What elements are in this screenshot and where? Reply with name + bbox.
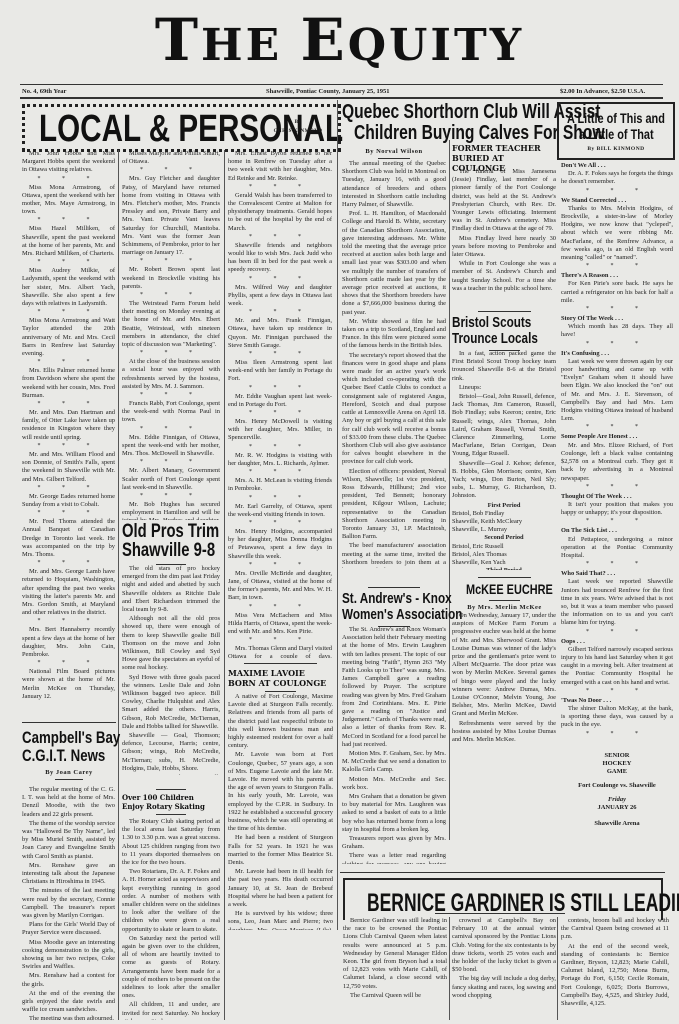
euchre-title: McKEE EUCHRE — [466, 581, 537, 597]
separator-stars: * * * — [561, 306, 673, 313]
bristol-body: In a fast, action packed game the First … — [452, 350, 556, 570]
knox-title-line1: St. Andrew's - Knox — [342, 591, 423, 607]
paragraph: Mr. R. W. Hodgins is visiting with her d… — [228, 452, 332, 468]
paragraph: Mrs. Henry McDowell is visiting with her… — [228, 418, 332, 443]
separator-stars: * * * — [228, 234, 332, 241]
paragraph: Misses Marjorie and Phillis Smart, of Ot… — [122, 150, 220, 166]
paragraph: The St. Andrew's and Knox Woman's Associ… — [342, 626, 446, 749]
subscription-price: $2.00 In Advance, $2.50 U.S.A. — [560, 88, 645, 95]
separator-stars: * * * — [122, 258, 220, 265]
item-text: Ed Pettapiece, undergoing a minor operat… — [561, 536, 673, 561]
bristol-title-line2: Trounce Locals — [452, 331, 534, 347]
ad-line-hockey: HOCKEY — [561, 760, 673, 768]
paragraph: Mrs. Wilfred Way and daughter Phyllis, s… — [228, 284, 332, 309]
paragraph: Miss Ileen Armstrong spent last week-end… — [228, 359, 332, 384]
lavoie-body: A native of Fort Coulonge, Maxime Lavoie… — [228, 693, 333, 930]
separator-stars: * * * — [561, 263, 673, 270]
paragraph: The beef manufacturers' association meet… — [342, 542, 446, 568]
paragraph: In a fast, action packed game the First … — [452, 350, 556, 383]
paragraph: Mr. Earl Garrelty, of Ottawa, spent the … — [228, 503, 332, 519]
paragraph: Mr. Albert Manary, Government Scaler nor… — [122, 467, 220, 492]
paragraph: The secretary's report showed that the f… — [342, 352, 446, 467]
paragraph: Although not all the old pros showed up,… — [122, 615, 220, 672]
ad-date: JANUARY 26 — [561, 804, 673, 812]
paragraph: Shawville friends and neighbors would li… — [228, 242, 332, 275]
separator-stars: * * * — [561, 731, 673, 738]
separator-stars: * * * — [228, 184, 332, 191]
section-rule — [156, 789, 185, 790]
separator-stars: * * * — [228, 444, 332, 451]
section-rule — [478, 577, 531, 578]
local-personal-column-2: Misses Marjorie and Phillis Smart, of Ot… — [122, 150, 220, 520]
cgit-article: Campbell's Bay C.G.I.T. News By Joan Car… — [22, 722, 116, 783]
separator-stars: * * * — [22, 660, 115, 667]
newspaper-page: THE EQUITY No. 4, 69th Year Shawville, P… — [0, 0, 679, 1024]
lavoie-title-line2: BORN AT COULONGE — [228, 678, 333, 688]
paragraph: Mrs. Orville McBride and daughter, Jane,… — [228, 570, 332, 603]
separator-stars: * * * — [228, 351, 332, 358]
euchre-body: On Wednesday, January 17, under the ausp… — [452, 612, 556, 838]
masthead-letter-e: E — [300, 6, 347, 74]
section-rule — [340, 872, 665, 873]
paragraph: The Rotary Club skating period at the lo… — [122, 818, 220, 867]
masthead-letter-t: T — [155, 6, 201, 74]
folio-top-rule — [20, 84, 663, 85]
paragraph: The regular meeting of the C. G. I. T. w… — [22, 786, 115, 819]
bernice-column-2: crowned at Campbell's Bay on February 10… — [452, 917, 556, 1020]
item-heading: 'Twas No Door . . . — [561, 697, 673, 705]
paragraph: Lineups: — [452, 384, 556, 392]
item-heading: Who Said That? . . . — [561, 570, 673, 578]
item-heading: Story Of The Week . . . — [561, 315, 673, 323]
item-text: Gilbert Telford narrowly escaped serious… — [561, 646, 673, 687]
separator-stars: * * * — [22, 485, 115, 492]
cgit-title-line1: Campbell's Bay — [22, 729, 95, 747]
column-divider — [557, 917, 558, 1020]
paragraph: Francis Rabb, Fort Coulonge, spent the w… — [122, 400, 220, 425]
item-heading: It's Confusing . . . — [561, 350, 673, 358]
paragraph: He is survived by his widow; three sons,… — [228, 910, 333, 930]
separator-stars: * * * — [561, 188, 673, 195]
masthead-title: THE EQUITY — [0, 8, 679, 78]
rotary-title-line2: Enjoy Rotary Skating — [122, 802, 220, 811]
item-text: Last week we reported Shawville Juniors … — [561, 578, 673, 627]
separator-stars: * * * — [122, 350, 220, 357]
little-this-header-box: A Little of This and a Little of That By… — [557, 102, 675, 160]
section-rule — [244, 663, 318, 664]
separator-stars: * * * — [228, 495, 332, 502]
paragraph: On Wednesday, January 17, under the ausp… — [452, 612, 556, 719]
cgit-body: The regular meeting of the C. G. I. T. w… — [22, 786, 115, 1020]
paragraph: Refreshments were served by the hostess … — [452, 720, 556, 745]
separator-stars: * * * — [22, 217, 115, 224]
paragraph: Mr. George Eades returned home Sunday fr… — [22, 493, 115, 509]
paragraph: Election of officers: president, Norval … — [342, 468, 446, 542]
paragraph: The annual meeting of the Quebec Shortho… — [342, 160, 446, 209]
old-pros-article: Old Pros Trim Shawville 9-8 — [122, 522, 220, 568]
item-text: Mr. and Mrs. Elizee Richard, of Fort Cou… — [561, 442, 673, 483]
ad-venue: Shawville Arena — [561, 820, 673, 828]
column-divider — [337, 100, 338, 930]
separator-stars: * * * — [22, 309, 115, 316]
item-heading: Some People Are Honest . . . — [561, 433, 673, 441]
paragraph: Ottawa — Goal, MacDonell; defence, Wilki… — [122, 774, 220, 775]
separator-stars: * * * — [228, 604, 332, 611]
old-pros-body: The old stars of pro hockey emerged from… — [122, 565, 220, 775]
little-this-byline: By BILL KINMOND — [559, 146, 673, 152]
section-rule — [22, 722, 116, 723]
item-text: The shiner Dalton McKay, at the bank, is… — [561, 705, 673, 730]
paragraph: crowned at Campbell's Bay on February 10… — [452, 917, 556, 974]
paragraph: Mrs. Ernest Byron returned to her home i… — [228, 150, 332, 183]
paragraph: Mr. and Mrs. Frank Finnigan, Ottawa, hav… — [228, 317, 332, 350]
old-pros-title-line2: Shawville 9-8 — [122, 541, 198, 560]
paragraph: Mrs. Eddie Finnigan, of Ottawa, spent th… — [122, 434, 220, 459]
byline-rule — [378, 158, 409, 159]
item-heading: We Stand Corrected . . . — [561, 197, 673, 205]
title-rule — [265, 691, 297, 692]
paragraph: Miss Vera McEachern and Miss Hilda Harri… — [228, 612, 332, 637]
column-divider — [224, 150, 225, 1020]
separator-stars: * * * — [22, 401, 115, 408]
paragraph: On Saturday next the period will again b… — [122, 935, 220, 1001]
goal-entry: Shawville, Ken Yach — [452, 559, 556, 567]
separator-stars: * * * — [122, 392, 220, 399]
shorthorn-article: Quebec Shorthorn Club Will Assist Childr… — [342, 102, 557, 144]
separator-stars: * * * — [228, 562, 332, 569]
separator-stars: * * * — [561, 341, 673, 348]
paragraph: Shawville—Goal J. Kehoe; defence, B. Hob… — [452, 460, 556, 501]
masthead-quity: QUITY — [348, 20, 524, 71]
separator-stars: * * * — [228, 309, 332, 316]
separator-stars: * * * — [22, 510, 115, 517]
rotary-article: Over 100 Children Enjoy Rotary Skating — [122, 786, 220, 818]
separator-stars: * * * — [228, 276, 332, 283]
separator-stars: * * * — [228, 410, 332, 417]
paragraph: There was a letter read regarding clothi… — [342, 852, 446, 864]
shorthorn-byline: By Norval Wilson — [342, 148, 446, 155]
paragraph: Miss Mona Armstrong, of Ottawa, spent th… — [22, 184, 115, 217]
title-rule — [156, 814, 185, 815]
shorthorn-title-line2: Children Buying Calves For Show — [354, 123, 512, 144]
separator-stars: * * * — [22, 618, 115, 625]
paragraph: Motion Mrs. McCredie and Sec. work box. — [342, 776, 446, 792]
item-heading: Oops . . . — [561, 638, 673, 646]
hockey-game-ad: SENIOR HOCKEY GAME Fort Coulonge vs. Sha… — [561, 752, 673, 828]
item-text: For Ken Pirie's sore back. He says he ca… — [561, 280, 673, 305]
goal-entry: Shawville, L. Murray — [452, 526, 556, 534]
goal-entry: Shawville, Keith McCleary — [452, 518, 556, 526]
paragraph: Mrs. Henry Hodgins, accompanied by her d… — [228, 528, 332, 561]
euchre-byline: By Mrs. Merlin McKee — [452, 604, 557, 611]
ad-line-senior: SENIOR — [561, 752, 673, 760]
separator-stars: * * * — [561, 688, 673, 695]
paragraph: Treasurers report was given by Mrs. Grah… — [342, 835, 446, 851]
item-text: Which month has 28 days. They all have! — [561, 323, 673, 339]
column-divider — [449, 917, 450, 1020]
ad-line-game: GAME — [561, 768, 673, 776]
paragraph: A native of Fort Coulonge, Maxime Lavoie… — [228, 693, 333, 750]
column-divider — [118, 150, 119, 1020]
goal-entry: Bristol, Bob Findlay — [452, 510, 556, 518]
paragraph: Mrs. Renshaw had a contest for the girls… — [22, 972, 115, 988]
goal-entry: Bristol, Alex Thomas — [452, 551, 556, 559]
bernice-column-1: Bernice Gardiner was still leading in th… — [343, 917, 447, 1020]
separator-stars: * * * — [122, 167, 220, 174]
rotary-body: The Rotary Club skating period at the lo… — [122, 818, 220, 1020]
cgit-byline: By Joan Carey — [22, 769, 116, 776]
paragraph: Mrs. Bert Hannaberry recently spent a fe… — [22, 626, 115, 659]
paragraph: The Weirstead Farm Forum held their meet… — [122, 300, 220, 349]
separator-stars: * * * — [22, 560, 115, 567]
paragraph: The big day will include a dog derby, fa… — [452, 975, 556, 1000]
item-text: Dr. A. F. Fokes says he forgets the thin… — [561, 170, 673, 186]
ad-day: Friday — [561, 796, 673, 804]
paragraph: Shawville — Goal, Thomson; defence, Leco… — [122, 732, 220, 773]
paragraph: Miss Mona Armstrong and Watt Taylor atte… — [22, 317, 115, 358]
separator-stars: * * * — [22, 259, 115, 266]
separator-stars: * * * — [561, 561, 673, 568]
old-pros-title-line1: Old Pros Trim — [122, 522, 198, 541]
separator-stars: * * * — [22, 443, 115, 450]
separator-stars: * * * — [228, 469, 332, 476]
separator-stars: * * * — [561, 424, 673, 431]
separator-stars: * * * — [122, 292, 220, 299]
bristol-article: Bristol Scouts Trounce Locals — [452, 308, 557, 354]
paragraph: Mrs. John Hobbs and Miss Margaret Hobbs … — [22, 150, 115, 175]
local-personal-author: CHRIS KINMOND — [263, 129, 333, 134]
paragraph: Mr. Fred Thoms attended the Annual Banqu… — [22, 518, 115, 559]
knox-article: St. Andrew's - Knox Women's Association — [342, 584, 446, 630]
paragraph: The Carnival Queen will be — [343, 992, 447, 1000]
section-rule — [478, 311, 531, 312]
paragraph: The old stars of pro hockey emerged from… — [122, 565, 220, 614]
bernice-column-3: contests, broom ball and hockey with the… — [561, 917, 669, 1020]
cgit-title-line2: C.G.I.T. News — [22, 747, 95, 765]
paragraph: Prof. L. H. Hamilton, of Macdonald Colle… — [342, 210, 446, 317]
item-heading: On The Sick List . . . — [561, 527, 673, 535]
paragraph: At the close of the business session a s… — [122, 358, 220, 391]
period-heading: Second Period — [452, 534, 556, 542]
item-text: Thanks to Mrs. Melvin Hodgins, of Brockv… — [561, 205, 673, 262]
separator-stars: * * * — [561, 629, 673, 636]
local-personal-by: By — [263, 120, 333, 125]
separator-stars: * * * — [228, 637, 332, 644]
lavoie-article: MAXIME LAVOIE BORN AT COULONGE — [228, 660, 333, 695]
separator-stars: * * * — [122, 459, 220, 466]
local-personal-header-box: LOCAL & PERSONAL By CHRIS KINMOND — [22, 104, 341, 152]
paragraph: Mr. Lavoie had been in ill health for th… — [228, 868, 333, 909]
byline-rule — [55, 779, 83, 780]
separator-stars: * * * — [22, 176, 115, 183]
dateline: Shawville, Pontiac County, January 25, 1… — [266, 88, 390, 95]
paragraph: contests, broom ball and hockey with the… — [561, 917, 669, 942]
issue-number: No. 4, 69th Year — [22, 88, 66, 95]
paragraph: Mrs. Renshaw gave an interesting talk ab… — [22, 862, 115, 887]
paragraph: Miss Audrey Milkie, of Ladysmith, spent … — [22, 267, 115, 308]
shorthorn-body: The annual meeting of the Quebec Shortho… — [342, 160, 446, 568]
paragraph: Mrs. A. H. McLean is visiting friends in… — [228, 477, 332, 493]
paragraph: Miss Findlay lived here nearly 30 years … — [452, 235, 556, 260]
paragraph: Bristol—Goal, John Russell, defence, Jac… — [452, 393, 556, 459]
paragraph: Plans for the Girls' World Day of Prayer… — [22, 921, 115, 937]
local-personal-column-3: Mrs. Ernest Byron returned to her home i… — [228, 150, 332, 658]
masthead-he: HE — [201, 20, 300, 71]
paragraph: Two Rotarians, Dr. A. F. Fokes and A. H.… — [122, 868, 220, 934]
folio-bottom-rule — [20, 97, 663, 99]
paragraph: Mr. Robert Brown spent last weekend in B… — [122, 266, 220, 291]
paragraph: Syd Howe with three goals paced the winn… — [122, 674, 220, 731]
knox-body: The St. Andrew's and Knox Woman's Associ… — [342, 626, 446, 864]
paragraph: Mr. and Mrs. Dan Hartman and family, of … — [22, 409, 115, 442]
separator-stars: * * * — [22, 359, 115, 366]
paragraph: Mr. White showed a film he had taken on … — [342, 318, 446, 351]
paragraph: Mrs Graham that a donation be given to b… — [342, 793, 446, 834]
column-divider — [449, 140, 450, 840]
paragraph: Miss Hazel Milliken, of Shawville, spent… — [22, 225, 115, 258]
knox-title-line2: Women's Association — [342, 607, 423, 623]
paragraph: At the end of the evening the girls enjo… — [22, 990, 115, 1015]
item-heading: Don't We All . . . — [561, 162, 673, 170]
little-this-title-line2: a Little of That — [579, 126, 654, 142]
paragraph: Mr. Bob Hughes has secured employment in… — [122, 501, 220, 520]
title-rule — [489, 600, 521, 601]
paragraph: Mr. and Mrs. William Flood and son Donni… — [22, 451, 115, 484]
period-heading: Third Period — [452, 567, 556, 570]
paragraph: The funeral of Miss Jamesena (Jessie) Fi… — [452, 168, 556, 234]
paragraph: National Film Board pictures were shown … — [22, 668, 115, 700]
paragraph: The meeting was then adjourned. — [22, 1015, 115, 1020]
item-heading: Thought Of The Week . . . — [561, 493, 673, 501]
item-text: It isn't your position that makes you ha… — [561, 501, 673, 517]
paragraph: He had been a resident of Sturgeon Falls… — [228, 834, 333, 867]
goal-entry: Bristol, Eric Russell — [452, 543, 556, 551]
separator-stars: * * * — [228, 520, 332, 527]
separator-stars: * * * — [122, 493, 220, 500]
title-rule — [435, 913, 565, 914]
lavoie-title-line1: MAXIME LAVOIE — [228, 668, 333, 678]
paragraph: The minutes of the last meeting were rea… — [22, 887, 115, 920]
ad-matchup: Fort Coulonge vs. Shawville — [561, 782, 673, 790]
paragraph: All children, 11 and under, are invited … — [122, 1001, 220, 1020]
paragraph: At the end of the second week, standing … — [561, 943, 669, 1009]
bristol-title-line1: Bristol Scouts — [452, 315, 534, 331]
section-rule — [368, 587, 420, 588]
item-heading: There's A Reason . . . — [561, 272, 673, 280]
separator-stars: * * * — [561, 484, 673, 491]
paragraph: Miss Moodie gave an interesting cooking … — [22, 939, 115, 972]
item-text: Last week we were thrown again by our po… — [561, 358, 673, 424]
paragraph: Mrs. Thomas Glenn and Daryl visited Otta… — [228, 645, 332, 658]
local-personal-column-1: Mrs. John Hobbs and Miss Margaret Hobbs … — [22, 150, 115, 700]
separator-stars: * * * — [228, 385, 332, 392]
paragraph: Mrs. Guy Fletcher and daughter Patsy, of… — [122, 175, 220, 257]
period-heading: First Period — [452, 502, 556, 510]
little-this-body: Don't We All . . .Dr. A. F. Fokes says h… — [561, 160, 673, 740]
shorthorn-title-line1: Quebec Shorthorn Club Will Assist — [342, 102, 510, 123]
paragraph: Mr. Lavoie was born at Fort Coulonge, Qu… — [228, 751, 333, 833]
teacher-body: The funeral of Miss Jamesena (Jessie) Fi… — [452, 168, 556, 306]
paragraph: Motion Mrs. F. Graham, Sec. by Mrs. M. M… — [342, 750, 446, 775]
paragraph: While in Fort Coulonge she was a member … — [452, 260, 556, 293]
paragraph: Gerald Walsh has been transferred to the… — [228, 192, 332, 233]
teacher-title-line1: FORMER TEACHER — [452, 143, 557, 153]
paragraph: Bernice Gardiner was still leading in th… — [343, 917, 447, 991]
paragraph: Mr. Eddie Vaughan spent last week-end in… — [228, 393, 332, 409]
paragraph: Mrs. Ellis Palmer returned home from Dav… — [22, 367, 115, 400]
euchre-article: McKEE EUCHRE By Mrs. Merlin McKee — [452, 574, 557, 611]
separator-stars: * * * — [561, 518, 673, 525]
rotary-title-line1: Over 100 Children — [122, 793, 220, 802]
separator-stars: * * * — [122, 426, 220, 433]
paragraph: The theme of the worship service was "Ha… — [22, 820, 115, 861]
little-this-title-line1: A Little of This and — [567, 110, 665, 126]
paragraph: Mr. and Mrs. George Lamb have returned t… — [22, 568, 115, 617]
